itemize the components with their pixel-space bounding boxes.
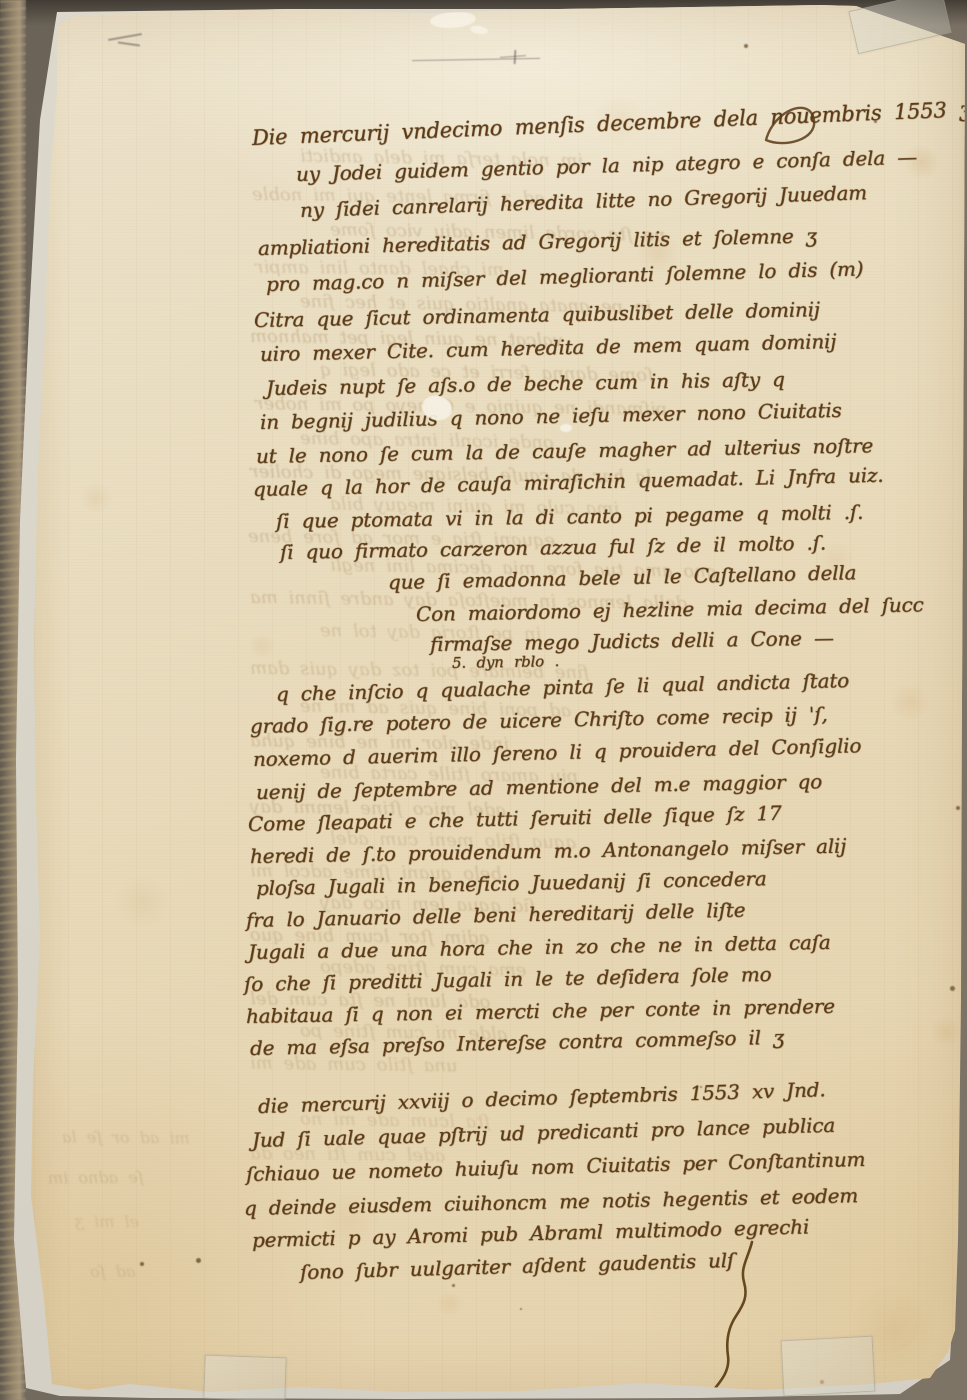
pencil-mark <box>412 58 540 61</box>
foxing-stain <box>890 682 930 722</box>
ink-speck <box>452 1284 455 1287</box>
show-through-line: ſe adno im <box>48 1168 144 1188</box>
paper-flake <box>469 24 488 35</box>
tape-piece <box>781 1336 876 1397</box>
foxing-stain <box>930 1016 962 1048</box>
foxing-stain <box>437 1291 463 1317</box>
ink-speck <box>700 1086 702 1088</box>
manuscript-line: ſono ſubr uulgariter aſdent gaudentis ul… <box>300 1248 735 1284</box>
paper-flake <box>560 424 572 432</box>
manuscript-page: im nola terſa mi dela andictiad ʒ firma … <box>0 0 967 1400</box>
tape-piece <box>203 1355 286 1400</box>
photo-of-manuscript: { "document": { "kind": "handwritten man… <box>0 0 967 1400</box>
foxing-stain <box>248 632 276 660</box>
ink-speck <box>520 1308 522 1310</box>
show-through-line: ad ſo <box>90 1262 136 1281</box>
foxing-stain <box>80 482 112 514</box>
ink-speck <box>956 806 960 810</box>
ink-speck <box>140 1262 144 1266</box>
ink-speck <box>744 44 748 48</box>
ink-speck <box>874 120 877 123</box>
manuscript-line: firmaſse mego Judicts delli a Cone — <box>430 626 834 656</box>
ink-speck <box>196 1258 201 1263</box>
foxing-stain <box>114 874 170 930</box>
ink-speck <box>950 986 955 991</box>
show-through-line: el mi ʒ <box>75 1212 139 1232</box>
pencil-mark <box>108 33 142 41</box>
manuscript-line: 5. dyn rblo . <box>452 652 559 672</box>
show-through-line: mi ad or ſe la <box>62 1127 190 1147</box>
pencil-mark <box>118 41 140 46</box>
manuscript-line: die mercurij xxviij o decimo ſeptembris … <box>258 1077 826 1118</box>
